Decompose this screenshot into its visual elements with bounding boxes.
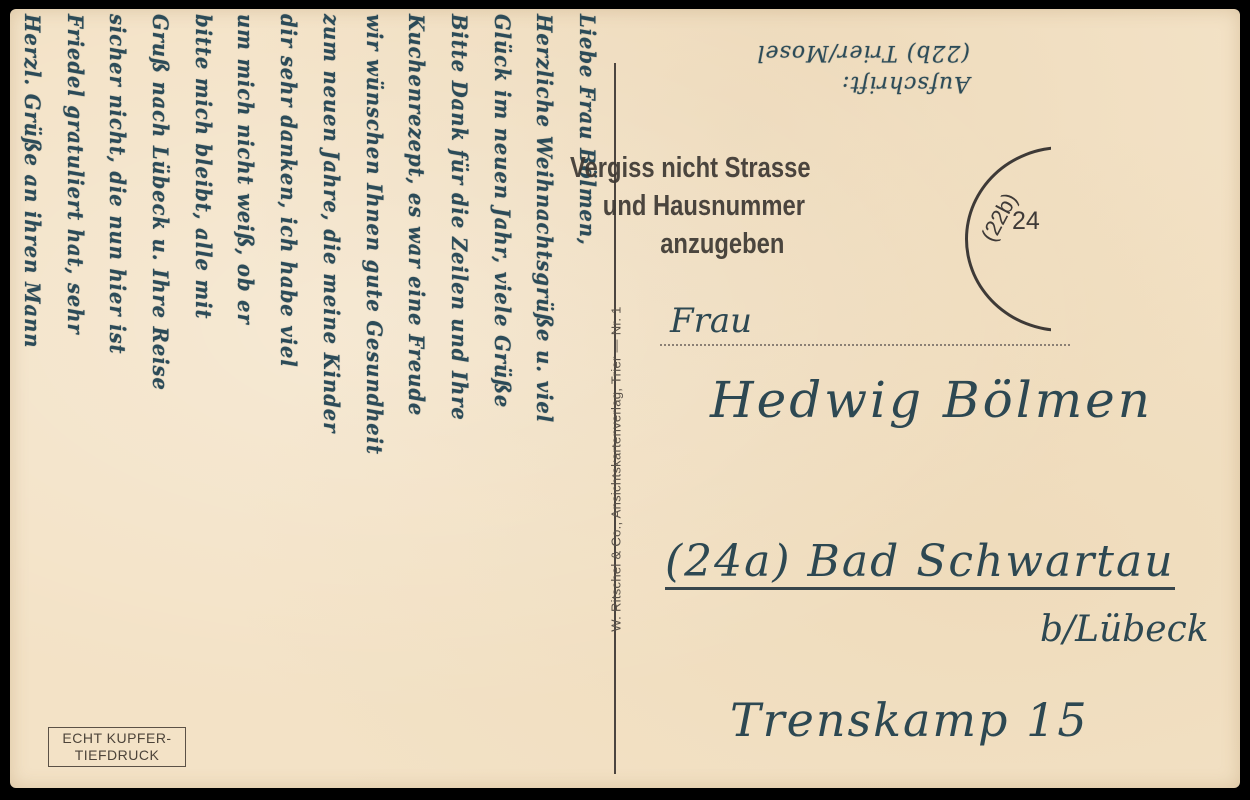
address-name: Hedwig Bölmen [710, 371, 1153, 429]
address-dotted-line [660, 344, 1070, 346]
postcard: Liebe Frau Bölmen,Herzliche Weihnachtsgr… [10, 9, 1240, 788]
address-salutation: Frau [670, 301, 752, 341]
upside-down-note: Aufschrift: (22b) Trier/Mosel [630, 34, 970, 102]
slogan-line-2: und Hausnummer [570, 187, 873, 225]
message-line: Friedel gratuliert hat, sehr [63, 14, 88, 721]
message-lines: Liebe Frau Bölmen,Herzliche Weihnachtsgr… [20, 14, 600, 774]
upside-note-line-1: Aufschrift: [630, 71, 970, 96]
imprint-line-2: TIEFDRUCK [49, 747, 185, 764]
address-street: Trenskamp 15 [730, 693, 1089, 747]
handwritten-message: Liebe Frau Bölmen,Herzliche Weihnachtsgr… [10, 9, 600, 788]
message-line: sicher nicht, die nun hier ist [105, 14, 130, 721]
slogan-line-1: Vergiss nicht Strasse [570, 149, 873, 187]
message-line: zum neuen Jahre, die meine Kinder [319, 14, 344, 721]
message-line: Gruß nach Lübeck u. Ihre Reise [148, 14, 173, 721]
message-line: Bitte Dank für die Zeilen und Ihre [447, 14, 472, 721]
publisher-credit: W. Ritschel & Co., Ansichtskartenverlag,… [609, 306, 624, 631]
message-line: um mich nicht weiß, ob er [234, 14, 259, 721]
postmark-number: 24 [1012, 207, 1040, 236]
slogan-line-3: anzugeben [570, 225, 873, 263]
message-line: Herzl. Grüße an ihren Mann [20, 14, 45, 721]
message-line: Glück im neuen Jahr, viele Grüße [490, 14, 515, 721]
address-city: (24a) Bad Schwartau [665, 536, 1175, 590]
message-line: Liebe Frau Bölmen, [575, 14, 600, 721]
message-line: wir wünschen Ihnen gute Gesundheit [362, 14, 387, 721]
slogan-cancellation: Vergiss nicht Strasse und Hausnummer anz… [570, 149, 873, 263]
message-line: dir sehr danken, ich habe viel [276, 14, 301, 721]
imprint-box: ECHT KUPFER- TIEFDRUCK [48, 727, 186, 767]
address-region: b/Lübeck [1040, 609, 1209, 650]
message-line: bitte mich bleibt, alle mit [191, 14, 216, 721]
message-line: Kuchenrezept, es war eine Freude [404, 14, 429, 721]
imprint-line-1: ECHT KUPFER- [49, 730, 185, 747]
upside-note-line-2: (22b) Trier/Mosel [630, 40, 970, 65]
message-line: Herzliche Weihnachtsgrüße u. viel [532, 14, 557, 721]
stamp-area [1060, 29, 1230, 329]
